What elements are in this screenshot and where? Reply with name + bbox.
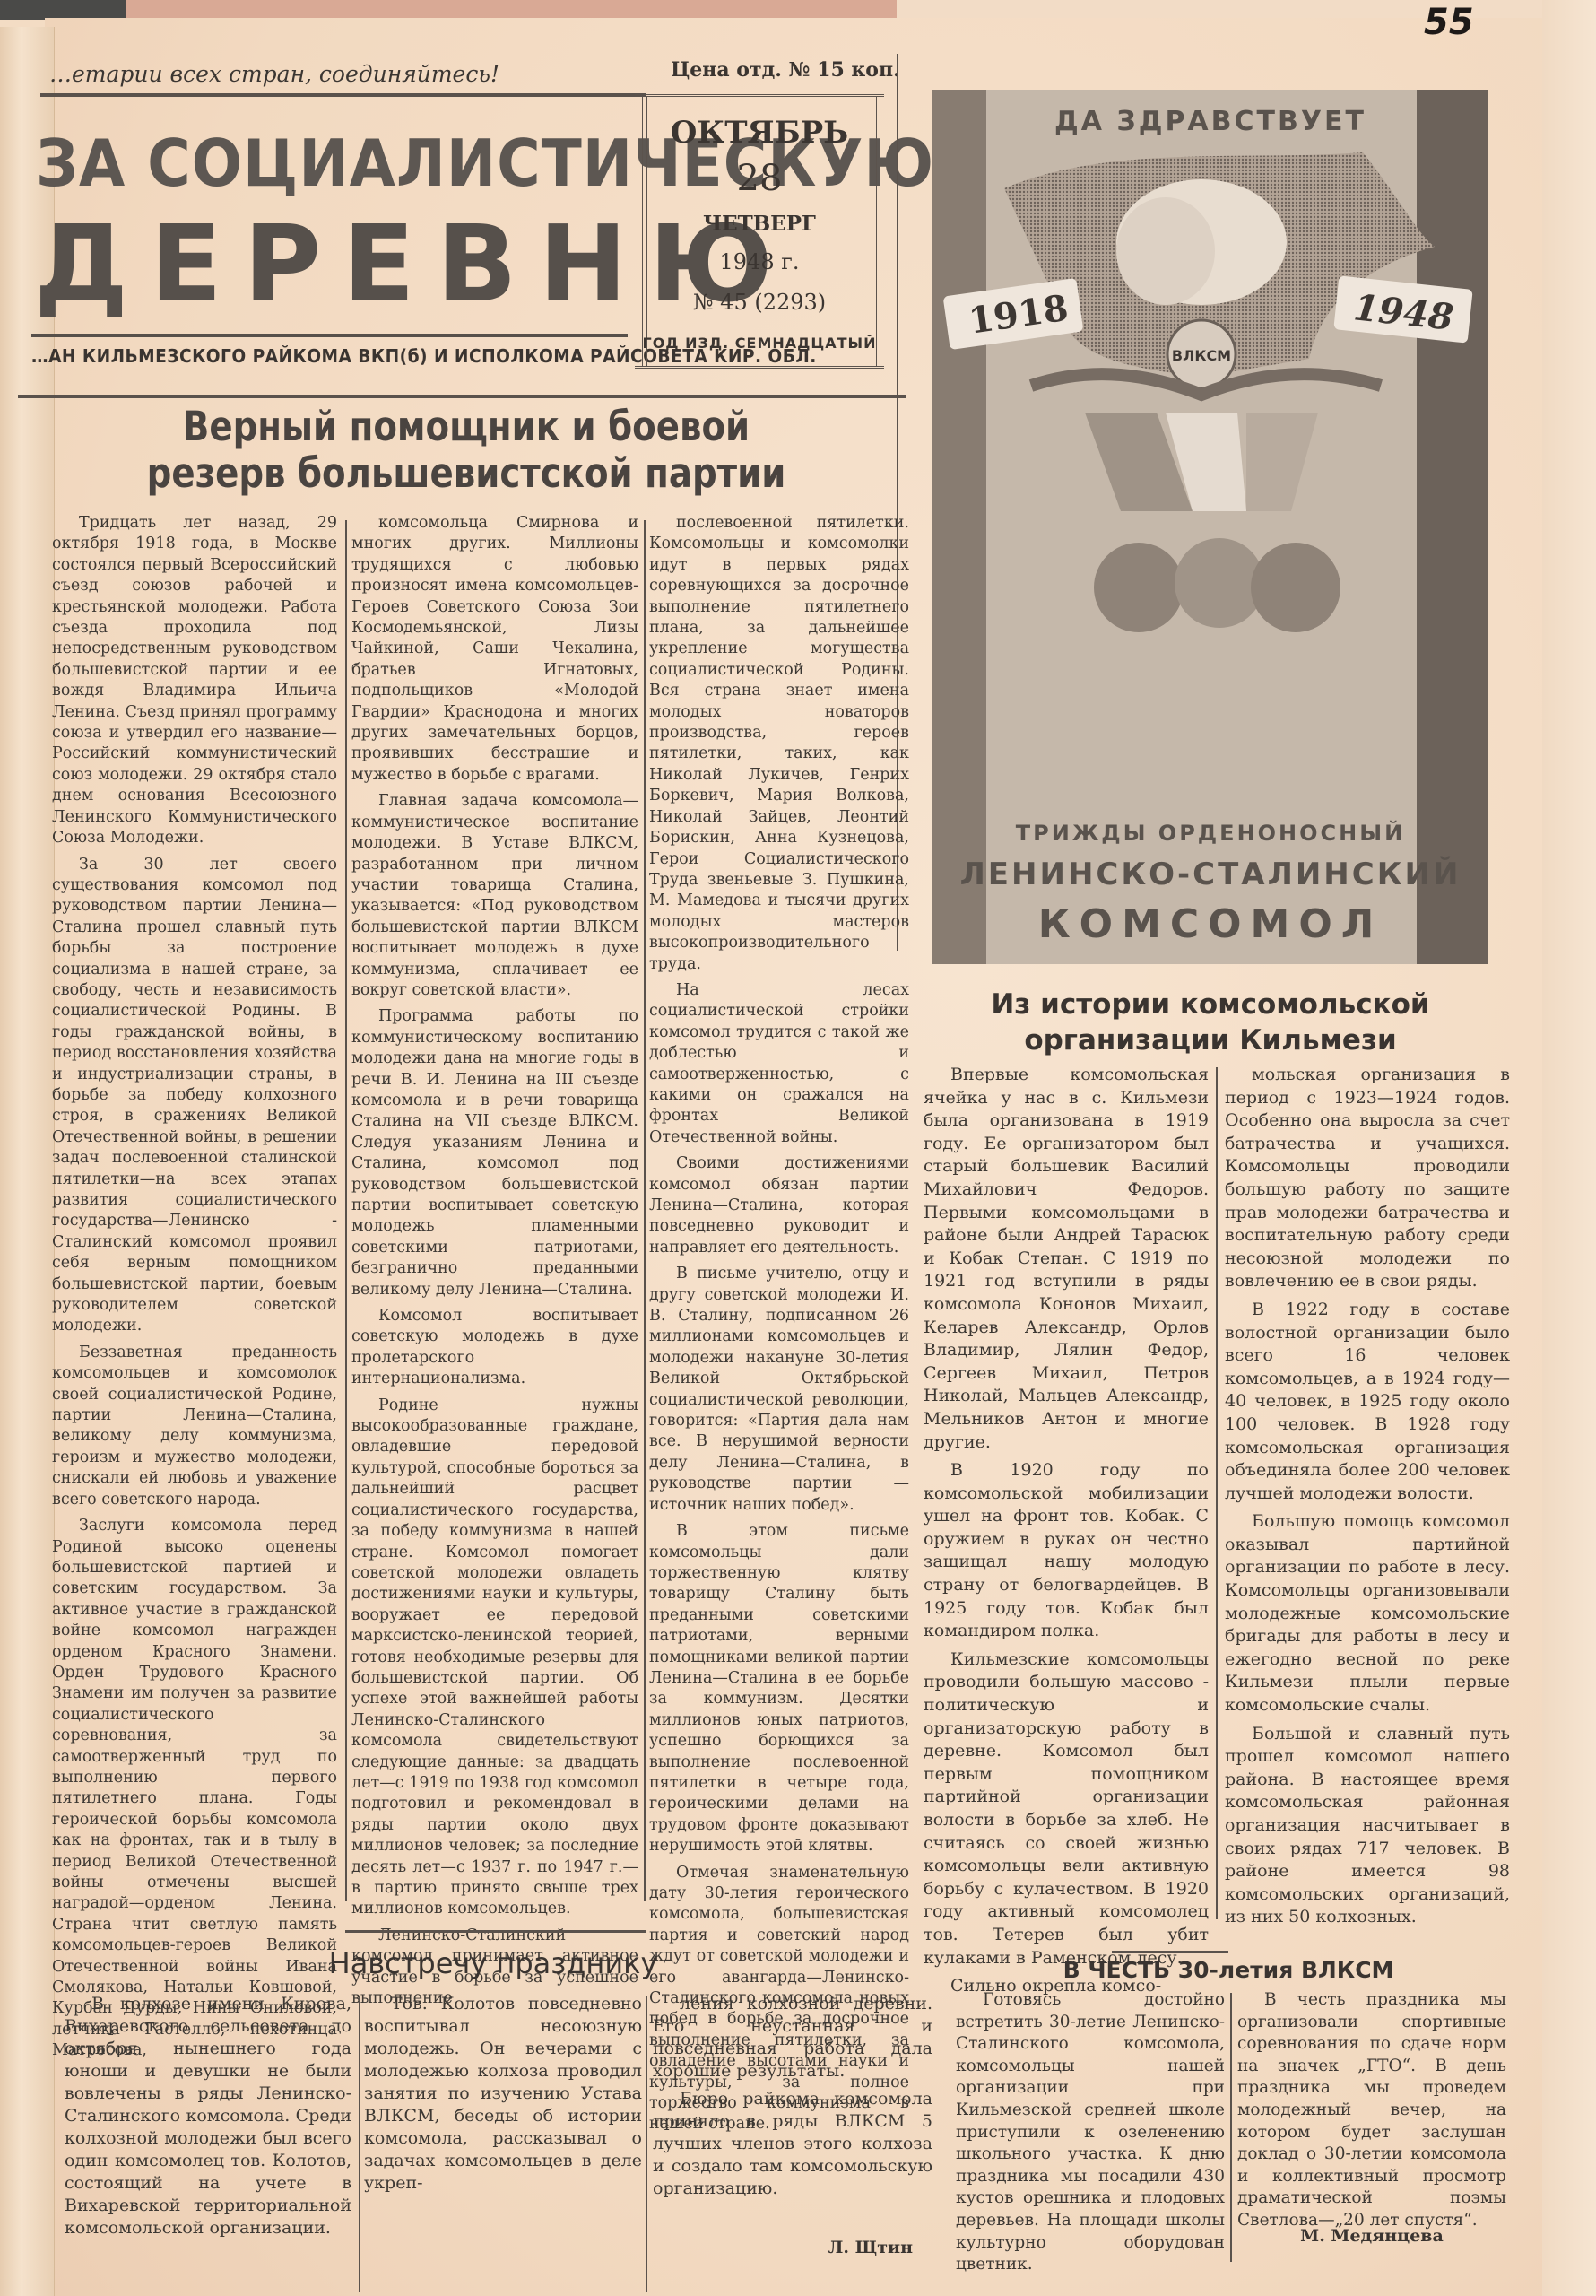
issue-number: № 45 (2293) [635, 290, 884, 315]
divider [40, 93, 646, 97]
history-article-column-1: Впервые комсомольская ячейка у нас в с. … [924, 1064, 1209, 1998]
anniversary-poster: 1918 1948 ВЛКСМ ДА ЗДРАВСТВУЕТ ТРИЖДЫ ОР… [932, 90, 1488, 964]
holiday-article-column-2: Тов. Колотов повседневно воспитывал несо… [364, 1993, 642, 2195]
price-label: Цена отд. № 15 коп. [671, 58, 900, 82]
masthead-motto: …етарии всех стран, соединяйтесь! [49, 61, 499, 87]
paragraph: Тридцать лет назад, 29 октября 1918 года… [52, 513, 337, 849]
holiday-article-headline: Навстречу празднику [54, 1946, 932, 1980]
paragraph: Комсомол воспитывает советскую молодежь … [351, 1306, 638, 1390]
divider [18, 395, 906, 398]
lead-article-headline: Верный помощник и боевой резерв большеви… [111, 404, 820, 497]
paragraph: мольская организация в период с 1923—192… [1225, 1064, 1510, 1293]
honor-article-column-1: Готовясь достойно встретить 30-летие Лен… [956, 1989, 1225, 2276]
lead-article-column-3: послевоенной пятилетки. Комсомольцы и ко… [649, 513, 909, 2135]
paragraph: послевоенной пятилетки. Комсомольцы и ко… [649, 513, 909, 975]
history-article-headline: Из истории комсомольской организации Кил… [932, 987, 1488, 1058]
column-divider [359, 1996, 360, 2292]
paragraph: В письме учителю, отцу и другу советской… [649, 1264, 909, 1516]
paragraph: Кильмезские комсомольцы проводили большу… [924, 1648, 1209, 1970]
paragraph: Тов. Колотов повседневно воспитывал несо… [364, 1993, 642, 2195]
paragraph: ления колхозной деревни. Его неустанная … [653, 1993, 932, 2083]
honor-article-signature: М. Медянцева [1237, 2226, 1506, 2246]
svg-text:ВЛКСМ: ВЛКСМ [1172, 347, 1231, 364]
divider [1112, 1951, 1228, 1953]
holiday-article-column-3: ления колхозной деревни. Его неустанная … [653, 1993, 932, 2200]
paragraph: В 1920 году по комсомольской мобилизации… [924, 1459, 1209, 1643]
date-day: 28 [635, 158, 884, 199]
paragraph: Большой и славный путь прошел комсомол н… [1225, 1723, 1510, 1929]
honor-article-column-2: В честь праздника мы организовали спорти… [1237, 1989, 1506, 2232]
holiday-article-column-1: В колхозе имени Кирова, Вихаревского сел… [65, 1993, 351, 2239]
paragraph: Своими достижениями комсомол обязан парт… [649, 1153, 909, 1258]
lead-article-column-2: комсомольца Смирнова и многих других. Ми… [351, 513, 638, 2009]
history-article-column-2: мольская организация в период с 1923—192… [1225, 1064, 1510, 1929]
paragraph: В этом письме комсомольцы дали торжестве… [649, 1521, 909, 1857]
paragraph: За 30 лет своего существования комсомол … [52, 855, 337, 1337]
divider [31, 334, 628, 337]
paragraph: комсомольца Смирнова и многих других. Ми… [351, 513, 638, 786]
paragraph: В колхозе имени Кирова, Вихаревского сел… [65, 1993, 351, 2239]
poster-line3: КОМСОМОЛ [932, 901, 1488, 947]
honor-article-headline: В ЧЕСТЬ 30-летия ВЛКСМ [950, 1957, 1506, 1983]
binding-fold [0, 27, 55, 2296]
paragraph: Большую помощь комсомол оказывал партийн… [1225, 1510, 1510, 1717]
paragraph: В честь праздника мы организовали спорти… [1237, 1989, 1506, 2232]
date-box: ОКТЯБРЬ 28 ЧЕТВЕРГ 1948 г. № 45 (2293) Г… [635, 94, 884, 369]
poster-line1: ТРИЖДЫ ОРДЕНОНОСНЫЙ [932, 821, 1488, 846]
page-margin [1542, 0, 1596, 2296]
divider [345, 1930, 646, 1933]
paragraph: На лесах социалистической стройки комсом… [649, 980, 909, 1148]
paragraph: Беззаветная преданность комсомольцев и к… [52, 1343, 337, 1510]
poster-line2: ЛЕНИНСКО-СТАЛИНСКИЙ [932, 857, 1488, 892]
paragraph: В 1922 году в составе волостной организа… [1225, 1299, 1510, 1505]
poster-top-text: ДА ЗДРАВСТВУЕТ [932, 106, 1488, 137]
paragraph: Главная задача комсомола—коммунистическо… [351, 791, 638, 1001]
date-year: 1948 г. [635, 249, 884, 274]
column-divider [1230, 1993, 1232, 2262]
scan-background-strip [0, 0, 1596, 20]
handwritten-page-number: 55 [1424, 2, 1474, 43]
date-weekday: ЧЕТВЕРГ [635, 212, 884, 236]
date-month: ОКТЯБРЬ [635, 115, 884, 151]
paragraph: Впервые комсомольская ячейка у нас в с. … [924, 1064, 1209, 1454]
paragraph: Бюро райкома комсомола приняло в ряды ВЛ… [653, 2088, 932, 2200]
column-divider [644, 520, 646, 1901]
paragraph: Родине нужны высокообразованные граждане… [351, 1396, 638, 1920]
holiday-article-signature: Л. Щтин [653, 2238, 913, 2257]
column-divider [1216, 1067, 1218, 1919]
lead-article-column-1: Тридцать лет назад, 29 октября 1918 года… [52, 513, 337, 2062]
paragraph: Программа работы по коммунистическому во… [351, 1006, 638, 1300]
column-divider [646, 1996, 647, 2292]
publication-year: ГОД ИЗД. СЕМНАДЦАТЫЙ [635, 335, 884, 352]
column-divider [345, 520, 347, 1901]
paragraph: Готовясь достойно встретить 30-летие Лен… [956, 1989, 1225, 2276]
